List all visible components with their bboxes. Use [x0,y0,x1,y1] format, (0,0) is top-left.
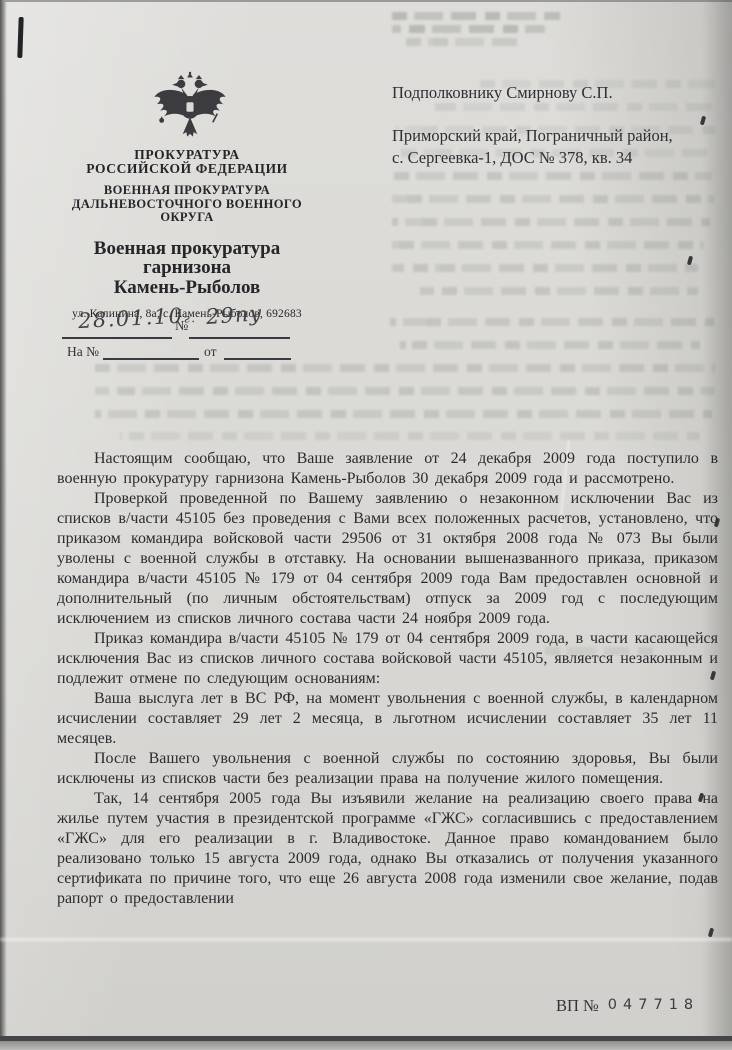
letterhead-parent-line: ДАЛЬНЕВОСТОЧНОГО ВОЕННОГО [56,198,318,211]
bleedthrough-band [400,38,520,46]
paper-crease [0,938,732,941]
letterhead-unit-line: Камень-Рыболов [56,278,318,298]
letterhead-org-line: РОССИЙСКОЙ ФЕДЕРАЦИИ [56,162,318,175]
number-sign-label: № [175,319,188,335]
scan-edge-top [0,0,732,2]
body-paragraph: Ваша выслуга лет в ВС РФ, на момент увол… [57,689,718,749]
scanned-letter-page: ПРОКУРАТУРА РОССИЙСКОЙ ФЕДЕРАЦИИ ВОЕННАЯ… [0,0,732,1050]
bleedthrough-band [394,172,712,180]
recipient-address-line: с. Сергеевка-1, ДОС № 378, кв. 34 [392,147,722,169]
bleedthrough-band [392,25,545,33]
form-serial: ВП №047718 [556,996,699,1016]
bleedthrough-band [400,341,700,349]
reply-to-number-label: На № [67,344,99,360]
number-underline [189,337,290,339]
form-serial-label: ВП № [556,996,599,1015]
bleedthrough-band [95,410,712,418]
recipient-address-line: Приморский край, Пограничный район, [392,125,722,147]
bleedthrough-band [392,195,714,203]
reply-from-label: от [204,344,216,360]
body-paragraph: Приказ командира в/части 45105 № 179 от … [57,629,718,689]
handwritten-outgoing-number: 29пу [205,301,263,329]
bleedthrough-band [95,387,715,395]
recipient-name: Подполковнику Смирнову С.П. [392,82,722,104]
bleedthrough-band [392,218,710,226]
bleedthrough-band [392,264,698,272]
bleedthrough-band [392,241,704,249]
letterhead-org-line: ПРОКУРАТУРА [56,148,318,161]
scanner-bed-strip [0,1041,732,1050]
scan-artifact-mark [17,17,23,58]
recipient-block: Подполковнику Смирнову С.П. Приморский к… [392,82,722,169]
bleedthrough-band [420,287,698,295]
bleedthrough-band [390,318,714,326]
letter-body: Настоящим сообщаю, что Ваше заявление от… [57,449,718,909]
reply-number-underline [103,358,199,360]
bleedthrough-band [95,364,715,372]
bleedthrough-band [392,12,560,20]
letterhead-unit-line: Военная прокуратура [56,239,318,259]
letterhead-parent-line: ВОЕННАЯ ПРОКУРАТУРА [56,184,318,197]
form-serial-number: 047718 [608,997,699,1013]
scan-edge-left [0,0,7,1050]
reply-date-underline [224,358,291,360]
letterhead-parent-line: ОКРУГА [56,211,318,224]
letterhead-unit-line: гарнизона [56,258,318,278]
body-paragraph: Так, 14 сентября 2005 года Вы изъявили ж… [57,789,718,909]
letterhead: ПРОКУРАТУРА РОССИЙСКОЙ ФЕДЕРАЦИИ ВОЕННАЯ… [56,148,318,320]
ink-speck [687,256,693,266]
body-paragraph: Проверкой проведенной по Вашему заявлени… [57,489,718,629]
bleedthrough-band [120,432,700,440]
coat-of-arms-eagle-icon [149,71,231,139]
body-paragraph: Настоящим сообщаю, что Ваше заявление от… [57,449,718,489]
date-underline [62,337,172,339]
body-paragraph: После Вашего увольнения с военной службы… [57,749,718,789]
